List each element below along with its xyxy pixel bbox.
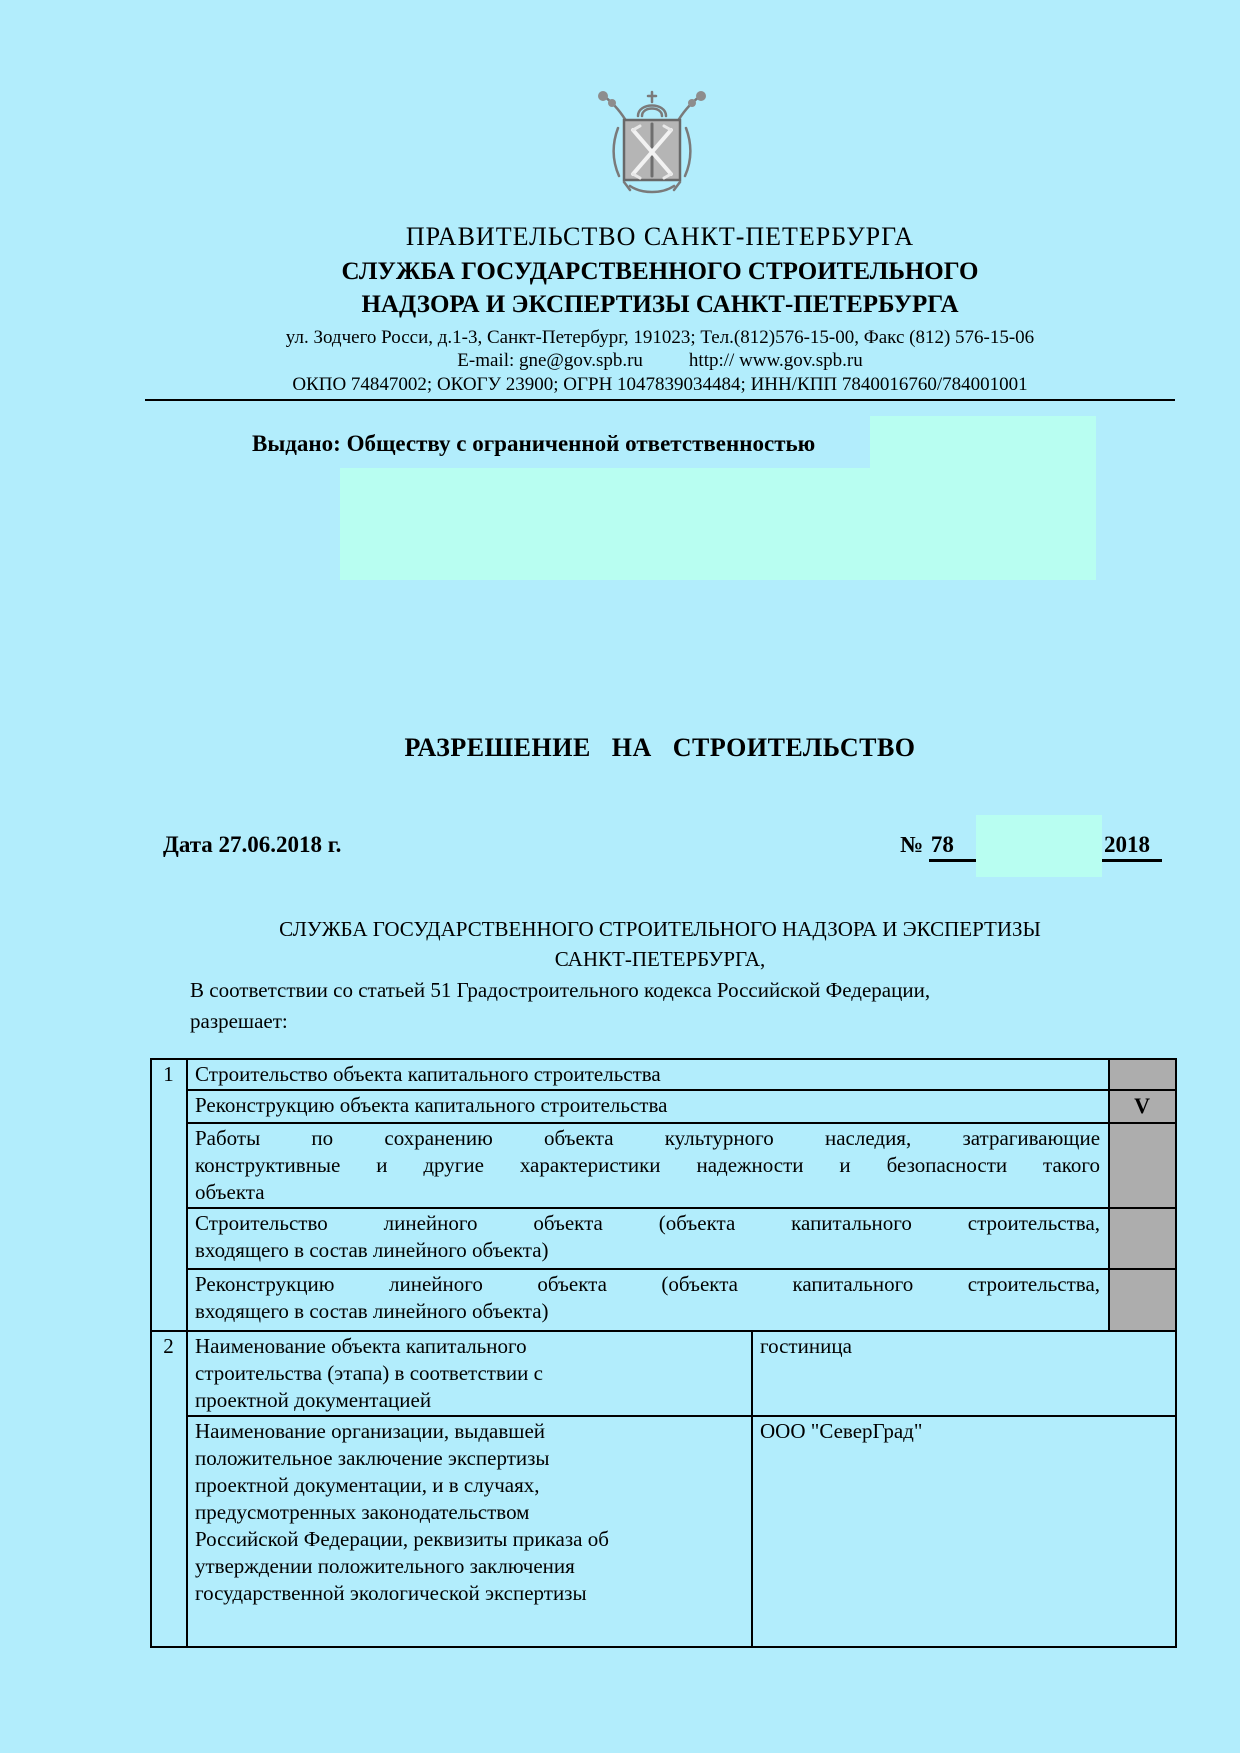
issued-to-line: Выдано: Обществу с ограниченной ответств… [252, 431, 815, 457]
service-name-line2: НАДЗОРА И ЭКСПЕРТИЗЫ САНКТ-ПЕТЕРБУРГА [145, 291, 1175, 319]
permit-type-text: Строительство объекта капитального строи… [195, 1061, 1100, 1088]
label-text: проектной документации, и в случаях, [195, 1472, 743, 1499]
permit-type-text: входящего в состав линейного объекта) [195, 1237, 1100, 1264]
document-title: РАЗРЕШЕНИЕ НА СТРОИТЕЛЬСТВО [145, 733, 1175, 763]
government-name: ПРАВИТЕЛЬСТВО САНКТ-ПЕТЕРБУРГА [145, 222, 1175, 252]
permit-type-text: Работы по сохранению объекта культурного… [195, 1125, 1100, 1152]
redaction-box-company-details [340, 468, 1096, 580]
website-text: http:// www.gov.spb.ru [689, 350, 863, 371]
permit-number: № 78 [900, 832, 983, 862]
contacts-line: E-mail: gne@gov.spb.ruhttp:// www.gov.sp… [145, 350, 1175, 372]
permit-table: 1 Строительство объекта капитального стр… [150, 1058, 1177, 1648]
checkbox-cell [1109, 1269, 1176, 1331]
checkbox-cell-checked: V [1109, 1090, 1176, 1123]
legal-basis-line: В соответствии со статьей 51 Градостроит… [190, 978, 930, 1003]
permit-type-text: Реконструкцию объекта капитального строи… [195, 1092, 1100, 1119]
object-name-label-cell: Наименование объекта капитального строит… [187, 1331, 752, 1416]
table-row: Наименование организации, выдавшей полож… [151, 1416, 1176, 1647]
table-row: 2 Наименование объекта капитального стро… [151, 1331, 1176, 1416]
checkbox-cell [1109, 1208, 1176, 1269]
label-text: Российской Федерации, реквизиты приказа … [195, 1526, 743, 1553]
redaction-box-permit-number [976, 815, 1102, 877]
table-row: 1 Строительство объекта капитального стр… [151, 1059, 1176, 1090]
checkbox-cell [1109, 1123, 1176, 1208]
section2-number-cell: 2 [151, 1331, 187, 1647]
permits-word: разрешает: [190, 1009, 288, 1034]
construction-permit-document: ПРАВИТЕЛЬСТВО САНКТ-ПЕТЕРБУРГА СЛУЖБА ГО… [0, 0, 1240, 1753]
label-text: предусмотренных законодательством [195, 1499, 743, 1526]
table-row: Реконструкцию линейного объекта (объекта… [151, 1269, 1176, 1331]
permit-type-cell: Реконструкцию объекта капитального строи… [187, 1090, 1109, 1123]
header-divider-rule [145, 399, 1175, 401]
address-line: ул. Зодчего Росси, д.1-3, Санкт-Петербур… [145, 327, 1175, 349]
table-row: Реконструкцию объекта капитального строи… [151, 1090, 1176, 1123]
permit-type-text: объекта [195, 1179, 1100, 1206]
permit-type-cell: Строительство объекта капитального строи… [187, 1059, 1109, 1090]
spb-coat-of-arms-icon [588, 86, 716, 204]
service-name-line1: СЛУЖБА ГОСУДАРСТВЕННОГО СТРОИТЕЛЬНОГО [145, 258, 1175, 286]
number-prefix: 78 [929, 832, 983, 862]
label-text: проектной документацией [195, 1387, 743, 1414]
expertise-org-value-cell: ООО "СеверГрад" [752, 1416, 1176, 1647]
date-label: Дата 27.06.2018 г. [163, 832, 341, 858]
permit-type-cell: Работы по сохранению объекта культурного… [187, 1123, 1109, 1208]
label-text: положительное заключение экспертизы [195, 1445, 743, 1472]
label-text: Наименование организации, выдавшей [195, 1418, 743, 1445]
permit-year: 2018 [1102, 832, 1162, 862]
permit-type-text: Реконструкцию линейного объекта (объекта… [195, 1271, 1100, 1298]
permit-type-cell: Реконструкцию линейного объекта (объекта… [187, 1269, 1109, 1331]
permit-type-cell: Строительство линейного объекта (объекта… [187, 1208, 1109, 1269]
permit-type-text: Строительство линейного объекта (объекта… [195, 1210, 1100, 1237]
label-text: государственной экологической экспертизы [195, 1580, 743, 1607]
email-text: E-mail: gne@gov.spb.ru [457, 350, 643, 371]
checkbox-cell [1109, 1059, 1176, 1090]
label-text: Наименование объекта капитального [195, 1333, 743, 1360]
label-text: строительства (этапа) в соответствии с [195, 1360, 743, 1387]
issuer-line1: СЛУЖБА ГОСУДАРСТВЕННОГО СТРОИТЕЛЬНОГО НА… [145, 917, 1175, 942]
object-name-value-cell: гостиница [752, 1331, 1176, 1416]
label-text: утверждении положительного заключения [195, 1553, 743, 1580]
section1-number-cell: 1 [151, 1059, 187, 1331]
expertise-org-label-cell: Наименование организации, выдавшей полож… [187, 1416, 752, 1647]
registry-codes-line: ОКПО 74847002; ОКОГУ 23900; ОГРН 1047839… [145, 374, 1175, 396]
permit-type-text: входящего в состав линейного объекта) [195, 1298, 1100, 1325]
number-sign: № [900, 832, 923, 857]
permit-year-text: 2018 [1102, 832, 1162, 862]
permit-type-text: конструктивные и другие характеристики н… [195, 1152, 1100, 1179]
table-row: Строительство линейного объекта (объекта… [151, 1208, 1176, 1269]
issuer-line2: САНКТ-ПЕТЕРБУРГА, [145, 947, 1175, 972]
table-row: Работы по сохранению объекта культурного… [151, 1123, 1176, 1208]
